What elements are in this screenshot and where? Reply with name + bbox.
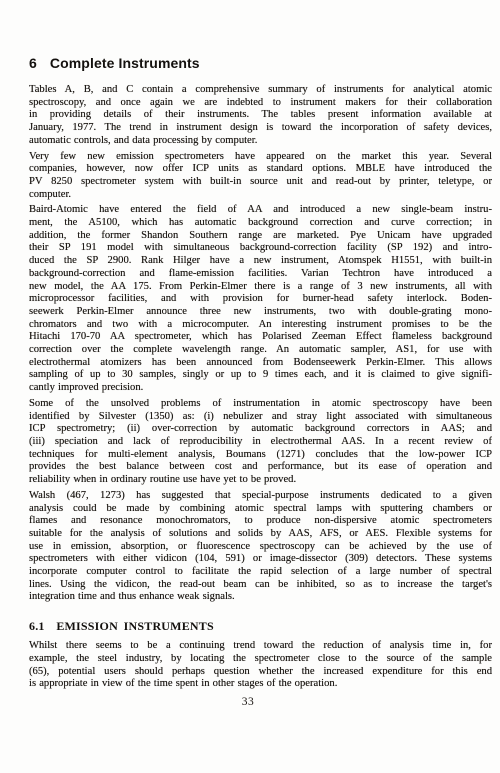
text-line: new model, the AA 175. From Perkin-Elmer…: [29, 281, 492, 294]
page-number: 33: [0, 696, 496, 708]
text-line: use in emission, absorption, or fluoresc…: [29, 541, 492, 554]
text-line: suitable for the analysis of solutions a…: [29, 528, 492, 541]
text-line: in providing details of their instrument…: [29, 109, 492, 122]
text-line: techniques for multi-element analysis, B…: [29, 449, 492, 462]
chapter-number: 6: [29, 55, 37, 71]
text-line: Hitachi 170-70 AA spectrometer, which ha…: [29, 331, 492, 344]
paragraph-unsolved-problems: Some of the unsolved problems of instrum…: [29, 398, 492, 487]
text-line: electrothermal atomizers has been announ…: [29, 357, 492, 370]
text-line: incorporate computer control to facilita…: [29, 566, 492, 579]
section-heading: 6.1 EMISSION INSTRUMENTS: [29, 619, 492, 634]
text-line: example, the steel industry, by locating…: [29, 653, 492, 666]
text-line: flames and resonance monochromators, to …: [29, 515, 492, 528]
section-title: EMISSION INSTRUMENTS: [56, 619, 214, 633]
text-line: Tables A, B, and C contain a comprehensi…: [29, 84, 492, 97]
text-line: chromators and two with a microcomputer.…: [29, 319, 492, 332]
page-content: 6 Complete Instruments Tables A, B, and …: [29, 55, 492, 691]
text-line: ment, the A5100, which has automatic bac…: [29, 217, 492, 230]
text-line: Some of the unsolved problems of instrum…: [29, 398, 492, 411]
chapter-title: Complete Instruments: [50, 55, 200, 71]
paragraph-emission-trend: Whilst there seems to be a continuing tr…: [29, 640, 492, 691]
text-line: spectrometers with either vidicon (104, …: [29, 553, 492, 566]
text-line: computer.: [29, 189, 492, 202]
text-line: reliability when in ordinary routine use…: [29, 474, 492, 487]
text-line: ICP spectrometry; (ii) over-correction b…: [29, 423, 492, 436]
text-line: their SP 191 model with simultaneous bac…: [29, 242, 492, 255]
text-line: is appropriate in view of the time spent…: [29, 678, 492, 691]
text-line: (iii) speciation and lack of reproducibi…: [29, 436, 492, 449]
text-line: background-correction and flame-emission…: [29, 268, 492, 281]
paragraph-baird-atomic: Baird-Atomic have entered the field of A…: [29, 204, 492, 395]
text-line: analysis could be made by combining atom…: [29, 503, 492, 516]
text-line: seewerk Perkin-Elmer announce three new …: [29, 306, 492, 319]
text-line: lines. Using the vidicon, the read-out b…: [29, 579, 492, 592]
text-line: addition, the former Shandon Southern ra…: [29, 230, 492, 243]
text-line: spectroscopy, and once again we are inde…: [29, 97, 492, 110]
text-line: (65), potential users should perhaps que…: [29, 666, 492, 679]
chapter-heading: 6 Complete Instruments: [29, 55, 492, 71]
text-line: duced the SP 2900. Rank Hilger have a ne…: [29, 255, 492, 268]
paragraph-emission-spectrometers: Very few new emission spectrometers have…: [29, 151, 492, 202]
document-page: 6 Complete Instruments Tables A, B, and …: [0, 0, 500, 773]
text-line: automatic controls, and data processing …: [29, 135, 492, 148]
text-line: Very few new emission spectrometers have…: [29, 151, 492, 164]
text-line: companies, however, now offer ICP units …: [29, 163, 492, 176]
section-number: 6.1: [29, 619, 45, 633]
text-line: PV 8250 spectrometer system with built-i…: [29, 176, 492, 189]
text-line: Walsh (467, 1273) has suggested that spe…: [29, 490, 492, 503]
text-line: Baird-Atomic have entered the field of A…: [29, 204, 492, 217]
paragraph-walsh: Walsh (467, 1273) has suggested that spe…: [29, 490, 492, 604]
paragraph-intro: Tables A, B, and C contain a comprehensi…: [29, 84, 492, 148]
text-line: provides the best balance between cost a…: [29, 461, 492, 474]
text-line: January, 1977. The trend in instrument d…: [29, 122, 492, 135]
text-line: Whilst there seems to be a continuing tr…: [29, 640, 492, 653]
text-line: identified by Silvester (1350) as: (i) n…: [29, 411, 492, 424]
text-line: cantly improved precision.: [29, 382, 492, 395]
text-line: microprocessor facilities, and with prov…: [29, 293, 492, 306]
text-line: integration time and thus enhance weak s…: [29, 591, 492, 604]
text-line: sampling of up to 30 samples, singly or …: [29, 369, 492, 382]
text-line: correction over the complete wavelength …: [29, 344, 492, 357]
